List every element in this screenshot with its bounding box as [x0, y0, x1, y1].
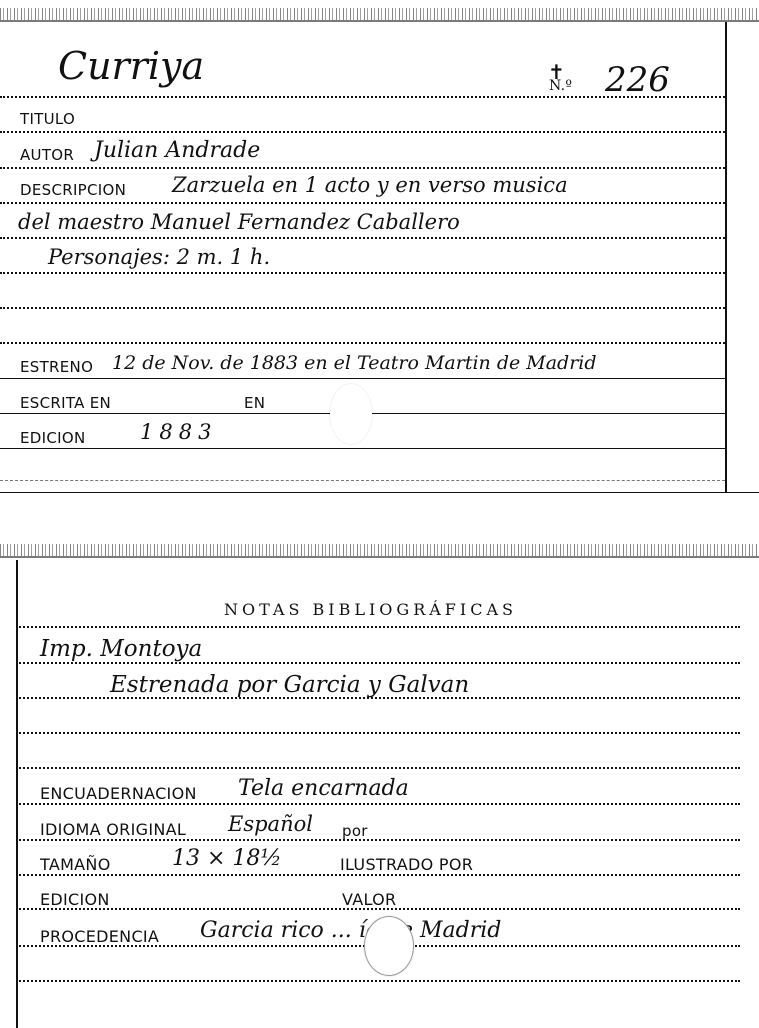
tamano-label: TAMAÑO — [40, 855, 111, 874]
tamano-value: 13 × 18½ — [172, 846, 282, 871]
autor-value: Julian Andrade — [94, 138, 260, 163]
rule — [0, 167, 725, 169]
ilustrado-label: ILUSTRADO POR — [340, 855, 473, 874]
rule — [0, 96, 725, 98]
rule — [16, 874, 740, 876]
scan-edge-noise — [0, 544, 759, 556]
rule — [0, 202, 725, 204]
rule — [16, 732, 740, 734]
autor-label: AUTOR — [20, 146, 74, 164]
escrita-en-label: ESCRITA EN — [20, 394, 111, 412]
procedencia-label: PROCEDENCIA — [40, 927, 159, 946]
estreno-label: ESTRENO — [20, 358, 93, 376]
redaction-blot — [364, 916, 414, 976]
rule — [16, 839, 740, 841]
descripcion-label: DESCRIPCION — [20, 181, 126, 199]
rule — [0, 237, 725, 239]
valor-label: VALOR — [342, 890, 396, 909]
descripcion-line-2: del maestro Manuel Fernandez Caballero — [18, 210, 460, 234]
catalog-card-back: NOTAS BIBLIOGRÁFICAS Imp. Montoya Estren… — [0, 540, 759, 1028]
number-label: N.º — [549, 78, 572, 94]
procedencia-value: Garcia rico ... ía de Madrid — [200, 918, 501, 943]
rule — [16, 626, 740, 628]
redaction-blot — [330, 384, 372, 444]
notes-line-2: Estrenada por Garcia y Galvan — [110, 672, 469, 698]
rule — [16, 803, 740, 805]
rule — [16, 767, 740, 769]
edicion-value: 1883 — [140, 420, 217, 444]
scan-edge-noise — [0, 8, 759, 20]
card-right-border — [725, 22, 727, 492]
notes-heading: NOTAS BIBLIOGRÁFICAS — [0, 600, 759, 619]
rule — [16, 697, 740, 699]
card-bottom-edge — [0, 492, 759, 493]
descripcion-line-1: Zarzuela en 1 acto y en verso musica — [172, 173, 568, 197]
number-value: 226 — [605, 60, 670, 100]
titulo-label: TITULO — [20, 110, 75, 128]
descripcion-line-3: Personajes: 2 m. 1 h. — [48, 245, 270, 269]
edicion-label: EDICION — [20, 429, 85, 447]
card-left-border — [16, 560, 18, 1028]
idioma-label: IDIOMA ORIGINAL — [40, 820, 186, 839]
rule — [0, 307, 725, 309]
rule — [0, 342, 725, 344]
rule — [0, 448, 725, 449]
edicion-label-back: EDICION — [40, 890, 110, 909]
en-label: EN — [244, 394, 265, 412]
notes-line-1: Imp. Montoya — [40, 636, 202, 662]
rule — [0, 272, 725, 274]
title-value: Curriya — [58, 44, 204, 88]
rule — [0, 378, 725, 379]
rule — [16, 908, 740, 910]
encuadernacion-label: ENCUADERNACION — [40, 784, 197, 803]
catalog-card-front: Curriya ✝ N.º 226 TITULO AUTOR Julian An… — [0, 0, 759, 500]
encuadernacion-value: Tela encarnada — [238, 776, 409, 801]
rule — [16, 662, 740, 664]
rule — [0, 480, 725, 481]
por-label: por — [342, 822, 368, 840]
rule — [0, 131, 725, 133]
idioma-value: Español — [228, 812, 313, 836]
rule — [16, 980, 740, 982]
estreno-value: 12 de Nov. de 1883 en el Teatro Martin d… — [112, 352, 597, 374]
